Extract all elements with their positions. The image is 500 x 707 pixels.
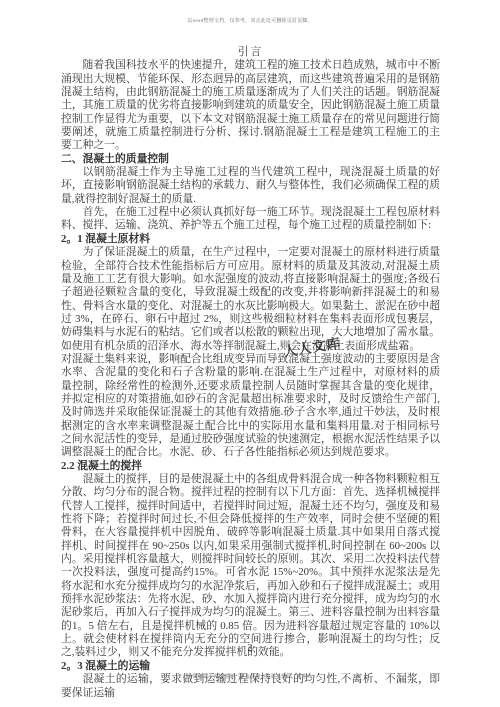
document-page: 以word整理文档，仅参考，双击此处可删除页眉页脚。 引言 随着我国科技水平的快…	[0, 0, 500, 707]
sub-heading-mixing: 2.2 混凝土的搅拌	[61, 460, 440, 473]
paragraph-intro: 随着我国科技水平的快速提升，建筑工程的施工技术日趋成熟，城市中不断涌现出大规模、…	[61, 59, 440, 152]
paragraph-quality-overview: 以钢筋混凝土作为主导施工过程的当代建筑工程中，现浇混凝土质量的好坏，直接影响钢筋…	[61, 166, 440, 206]
paragraph-mixing: 混凝土的搅拌，目的是使混凝土中的各组成骨料混合成一种各物料颗粒相互分散、均匀分布…	[61, 473, 440, 660]
paragraph-aggregate: 对混凝土集料来说，影响配合比组成变异而导致混凝土强度波动的主要原因是含水率、含泥…	[61, 353, 440, 460]
footer-watermark-note: 本资料属于网络整理，如有侵权，请联系删除，谢谢！	[0, 673, 500, 680]
document-body: 引言 随着我国科技水平的快速提升，建筑工程的施工技术日趋成熟，城市中不断涌现出大…	[61, 46, 440, 700]
section-heading-quality-control: 二、混凝土的质量控制	[61, 153, 440, 166]
header-watermark-note: 以word整理文档，仅参考，双击此处可删除页眉页脚。	[0, 17, 500, 24]
paragraph-process-list: 首先，在施工过程中必须认真抓好每一施工环节。现浇混凝土工程包原材料料、搅拌、运输…	[61, 206, 440, 233]
sub-heading-raw-materials: 2。1 混凝土原材料	[61, 233, 440, 246]
intro-heading: 引言	[61, 46, 440, 59]
sub-heading-transport: 2。3 混凝土的运输	[61, 660, 440, 673]
paragraph-raw-materials: 为了保证混凝土的质量，在生产过程中，一定要对混凝土的原材料进行质量检验，全部符合…	[61, 246, 440, 353]
page-number: 2	[0, 643, 500, 654]
